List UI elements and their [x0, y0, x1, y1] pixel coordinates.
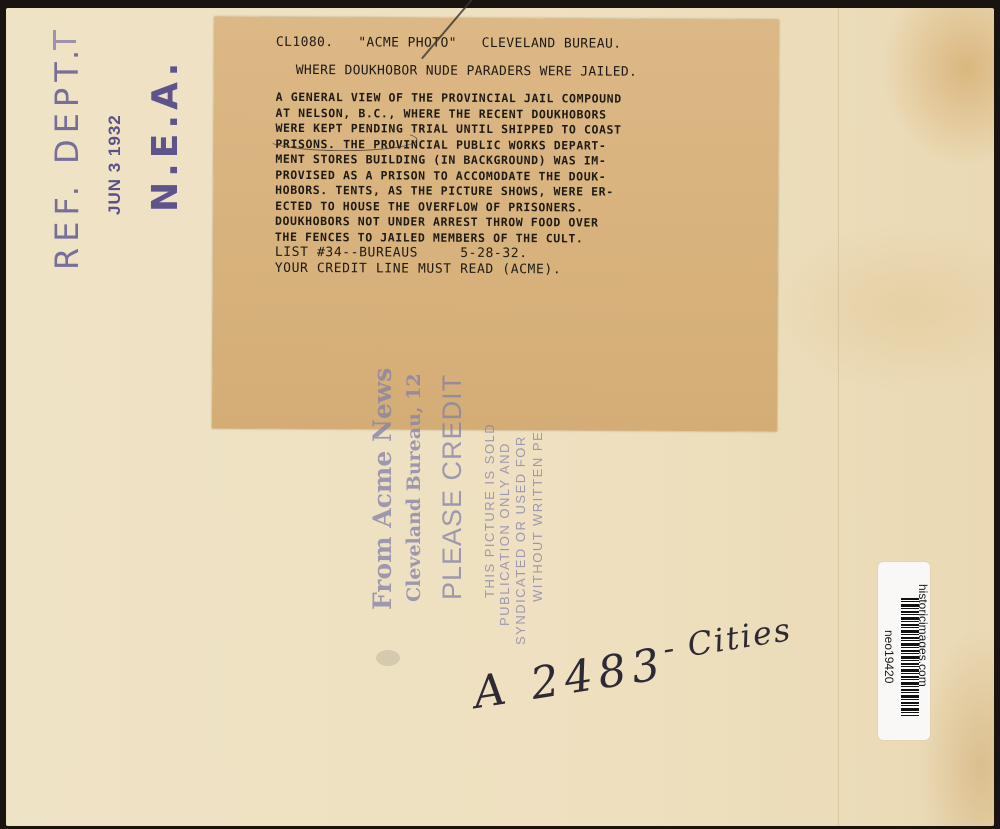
caption-body-line: MENT STORES BUILDING (IN BACKGROUND) WAS… — [275, 152, 765, 170]
caption-body-line: A GENERAL VIEW OF THE PROVINCIAL JAIL CO… — [276, 90, 766, 108]
barcode-label: historicimages.com neo19420 — [878, 562, 930, 740]
barcode-icon — [901, 598, 919, 716]
paper-crease — [838, 8, 839, 826]
caption-list-line: LIST #34--BUREAUS 5-28-32. — [275, 245, 765, 263]
stain — [376, 650, 400, 666]
acme-stamp-line: THIS PICTURE IS SOLD — [482, 423, 497, 598]
acme-stamp-line: PUBLICATION ONLY AND — [497, 442, 512, 626]
typed-caption: CL1080. "ACME PHOTO" CLEVELAND BUREAU. W… — [275, 35, 766, 279]
acme-stamp-line: From Acme News — [368, 368, 397, 610]
caption-body-line: DOUKHOBORS NOT UNDER ARREST THROW FOOD O… — [275, 214, 765, 232]
caption-header: CL1080. "ACME PHOTO" CLEVELAND BUREAU. — [276, 35, 766, 53]
acme-stamp-line: PLEASE CREDIT — [437, 374, 468, 600]
caption-body-line: HOBORS. TENTS, AS THE PICTURE SHOWS, WER… — [275, 183, 765, 201]
stamp-mark — [56, 40, 76, 43]
date-stamp: JUN 3 1932 — [105, 114, 125, 215]
barcode-id-text: neo19420 — [882, 630, 896, 683]
acme-stamp-line: Cleveland Bureau, 12 — [403, 373, 425, 602]
caption-slip: CL1080. "ACME PHOTO" CLEVELAND BUREAU. W… — [212, 17, 779, 432]
acme-stamp-line: SYNDICATED OR USED FOR — [513, 435, 528, 645]
caption-credit-line: YOUR CREDIT LINE MUST READ (ACME). — [275, 260, 765, 278]
nea-stamp: N.E.A. — [145, 58, 186, 212]
ref-dept-stamp: REF. DEPT. — [48, 44, 86, 270]
acme-stamp-line: WITHOUT WRITTEN PE — [530, 431, 545, 602]
caption-headline: WHERE DOUKHOBOR NUDE PARADERS WERE JAILE… — [296, 62, 766, 80]
